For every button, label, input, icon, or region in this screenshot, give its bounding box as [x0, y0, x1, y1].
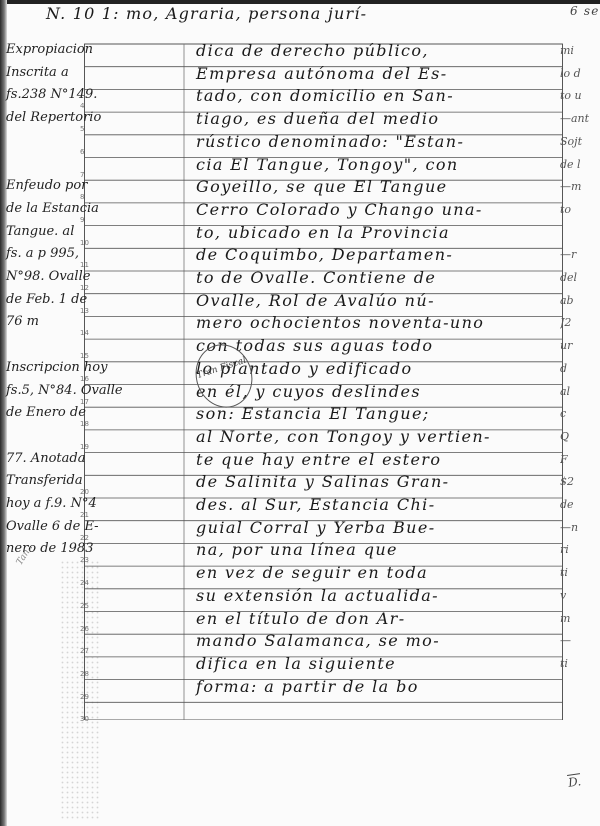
- entry-text: de Coquimbo, Departamen-: [196, 245, 556, 264]
- line-number: 23: [80, 556, 89, 564]
- entry-text: difica en la siguiente: [196, 654, 556, 673]
- right-margin-note: ti: [560, 566, 600, 579]
- entry-text: tiago, es dueña del medio: [196, 109, 556, 128]
- right-margin-note: v: [560, 589, 600, 602]
- line-number: 6: [80, 148, 84, 156]
- entry-text: son: Estancia El Tangue;: [196, 404, 556, 423]
- entry-text: na, por una línea que: [196, 540, 556, 559]
- line-number: 27: [80, 647, 89, 655]
- margin-annotation: Inscrita a: [6, 65, 166, 80]
- right-margin-note: del: [560, 271, 600, 284]
- margin-annotation: Inscripcion hoy: [6, 360, 166, 375]
- right-margin-note: ab: [560, 294, 600, 307]
- entry-text: su extensión la actualida-: [196, 586, 556, 605]
- right-margin-note: lo d: [560, 67, 600, 80]
- footer-mark: D.: [567, 773, 582, 790]
- right-margin-note: $2: [560, 475, 600, 488]
- ledger-row: 30: [84, 702, 564, 725]
- margin-annotation: 76 m: [6, 314, 166, 329]
- right-margin-note: F: [560, 453, 600, 466]
- line-number: 24: [80, 579, 89, 587]
- header-right-note: 6 se: [570, 4, 600, 18]
- entry-text: cia El Tangue, Tongoy", con: [196, 155, 556, 174]
- ledger-row: 29forma: a partir de la bo: [84, 680, 564, 703]
- right-margin-note: J2: [560, 316, 600, 329]
- right-margin-note: to u: [560, 89, 600, 102]
- entry-text: Ovalle, Rol de Avalúo nú-: [196, 291, 556, 310]
- right-margin-note: de l: [560, 158, 600, 171]
- entry-text: al Norte, con Tongoy y vertien-: [196, 427, 556, 446]
- entry-text: Goyeillo, se que El Tangue: [196, 177, 556, 196]
- margin-annotation: de Feb. 1 de: [6, 292, 166, 307]
- line-number: 30: [80, 715, 89, 723]
- right-margin-note: ti: [560, 657, 600, 670]
- right-margin-note: c: [560, 407, 600, 420]
- right-margin-note: mi: [560, 44, 600, 57]
- margin-annotation: Transferida: [6, 473, 166, 488]
- entry-text: con todas sus aguas todo: [196, 336, 556, 355]
- right-margin-note: Sojt: [560, 135, 600, 148]
- line-number: 28: [80, 670, 89, 678]
- entry-text: tado, con domicilio en San-: [196, 86, 556, 105]
- right-margin-note: ri: [560, 543, 600, 556]
- entry-text: to de Ovalle. Contiene de: [196, 268, 556, 287]
- margin-annotation: N°98. Ovalle: [6, 269, 166, 284]
- right-margin-note: —r: [560, 248, 600, 261]
- margin-annotation: Tangue. al: [6, 224, 166, 239]
- entry-text: des. al Sur, Estancia Chi-: [196, 495, 556, 514]
- line-number: 29: [80, 693, 89, 701]
- header-line: N. 10 1: mo, Agraria, persona jurí- 6 se: [46, 4, 600, 23]
- entry-text: mero ochocientos noventa-uno: [196, 313, 556, 332]
- right-margin-note: Q: [560, 430, 600, 443]
- entry-text: en el título de don Ar-: [196, 609, 556, 628]
- entry-text: mando Salamanca, se mo-: [196, 631, 556, 650]
- line-number: 14: [80, 329, 89, 337]
- margin-annotation: fs.5, N°84. Ovalle: [6, 383, 166, 398]
- right-margin-note: to: [560, 203, 600, 216]
- margin-annotation: Expropiacion: [6, 42, 166, 57]
- right-margin-note: m: [560, 612, 600, 625]
- entry-text: Empresa autónoma del Es-: [196, 64, 556, 83]
- margin-annotation: Enfeudo por: [6, 178, 166, 193]
- margin-annotation: del Repertorio: [6, 110, 166, 125]
- right-margin-note: —: [560, 634, 600, 647]
- right-margin-note: —ant: [560, 112, 600, 125]
- line-number: 26: [80, 625, 89, 633]
- entry-text: to, ubicado en la Provincia: [196, 223, 556, 242]
- right-margin-note: —m: [560, 180, 600, 193]
- entry-text: forma: a partir de la bo: [196, 677, 556, 696]
- right-margin-note: de: [560, 498, 600, 511]
- entry-text: Cerro Colorado y Chango una-: [196, 200, 556, 219]
- line-number: 5: [80, 125, 84, 133]
- right-margin-note: d: [560, 362, 600, 375]
- margin-annotation: de Enero de: [6, 405, 166, 420]
- right-margin-note: ur: [560, 339, 600, 352]
- line-number: 18: [80, 420, 89, 428]
- margin-annotation: Ovalle 6 de E-: [6, 519, 166, 534]
- margin-annotation: hoy a f.9. N°4: [6, 496, 166, 511]
- line-number: 25: [80, 602, 89, 610]
- margin-annotation: fs.238 N°149.: [6, 87, 166, 102]
- entry-text: dica de derecho público,: [196, 41, 556, 60]
- entry-text: en vez de seguir en toda: [196, 563, 556, 582]
- entry-text: rústico denominado: "Estan-: [196, 132, 556, 151]
- entry-text: guial Corral y Yerba Bue-: [196, 518, 556, 537]
- ledger-sheet: Expropiaciondica de derecho público,miIn…: [84, 30, 564, 720]
- margin-annotation: de la Estancia: [6, 201, 166, 216]
- header-line-text: N. 10 1: mo, Agraria, persona jurí-: [46, 4, 367, 23]
- entry-text: te que hay entre el estero: [196, 450, 556, 469]
- right-margin-note: —n: [560, 521, 600, 534]
- margin-annotation: fs. a p 995,: [6, 246, 166, 261]
- margin-annotation: 77. Anotada: [6, 451, 166, 466]
- entry-text: de Salinita y Salinas Gran-: [196, 472, 556, 491]
- right-margin-note: al: [560, 385, 600, 398]
